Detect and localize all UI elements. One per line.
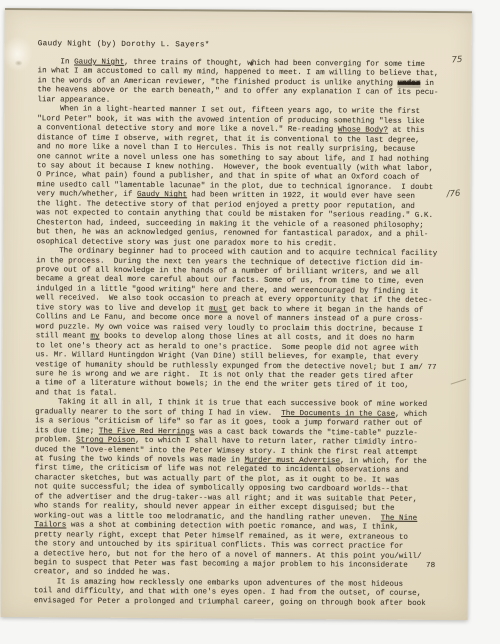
underlined-text: Gaudy Night xyxy=(137,191,187,199)
paper-smudge xyxy=(15,60,23,66)
document-title: Gaudy Night (by) Dorothy L. Sayers* xyxy=(38,40,210,49)
margin-note-page-76: /76 xyxy=(446,189,460,200)
underlined-text: The Five Red Herrings xyxy=(99,427,195,436)
document-body: In Gaudy Night, three trains of thought,… xyxy=(34,58,464,609)
text-run: books to develop along those lines at al… xyxy=(35,333,436,398)
underlined-text: Gaudy Night xyxy=(74,58,124,66)
margin-note-page-75: 75 xyxy=(451,55,462,66)
underlined-text: Whose Body? xyxy=(338,126,388,134)
text-run: In xyxy=(38,58,75,66)
paragraph-2: When in a light-hearted manner I set out… xyxy=(36,105,463,250)
underlined-text: must xyxy=(209,305,227,313)
underlined-text: Murder must Advertise xyxy=(244,457,340,466)
text-run: at this distance of time I observe, with… xyxy=(37,127,434,199)
underlined-text: Tailors xyxy=(34,521,66,529)
text-run: had been written in 1922, it would ever … xyxy=(36,192,433,248)
paper-stain xyxy=(3,36,33,72)
text-run: The ordinary beginner had to proceed wit… xyxy=(36,247,437,313)
text-run: was a shot at combining detection with p… xyxy=(34,522,435,578)
underlined-text: Strong Poison xyxy=(76,437,135,445)
paragraph-3: The ordinary beginner had to proceed wit… xyxy=(35,247,462,401)
paragraph-1: In Gaudy Night, three trains of thought,… xyxy=(37,58,463,108)
text-run: , in which, for the first time, the crit… xyxy=(34,457,426,522)
typescript-page: Gaudy Night (by) Dorothy L. Sayers* In G… xyxy=(1,8,472,620)
underlined-text: The Documents in the Case xyxy=(281,410,395,419)
text-run: It is amazing how recklessly one embarks… xyxy=(34,578,426,608)
paragraph-4: Taking it all in all, I think it is true… xyxy=(34,399,461,582)
underlined-text: my xyxy=(90,333,99,341)
struck-out-text: under xyxy=(397,80,420,88)
underlined-text: The Nine xyxy=(381,514,418,522)
paragraph-5: It is amazing how recklessly one embarks… xyxy=(34,578,460,609)
